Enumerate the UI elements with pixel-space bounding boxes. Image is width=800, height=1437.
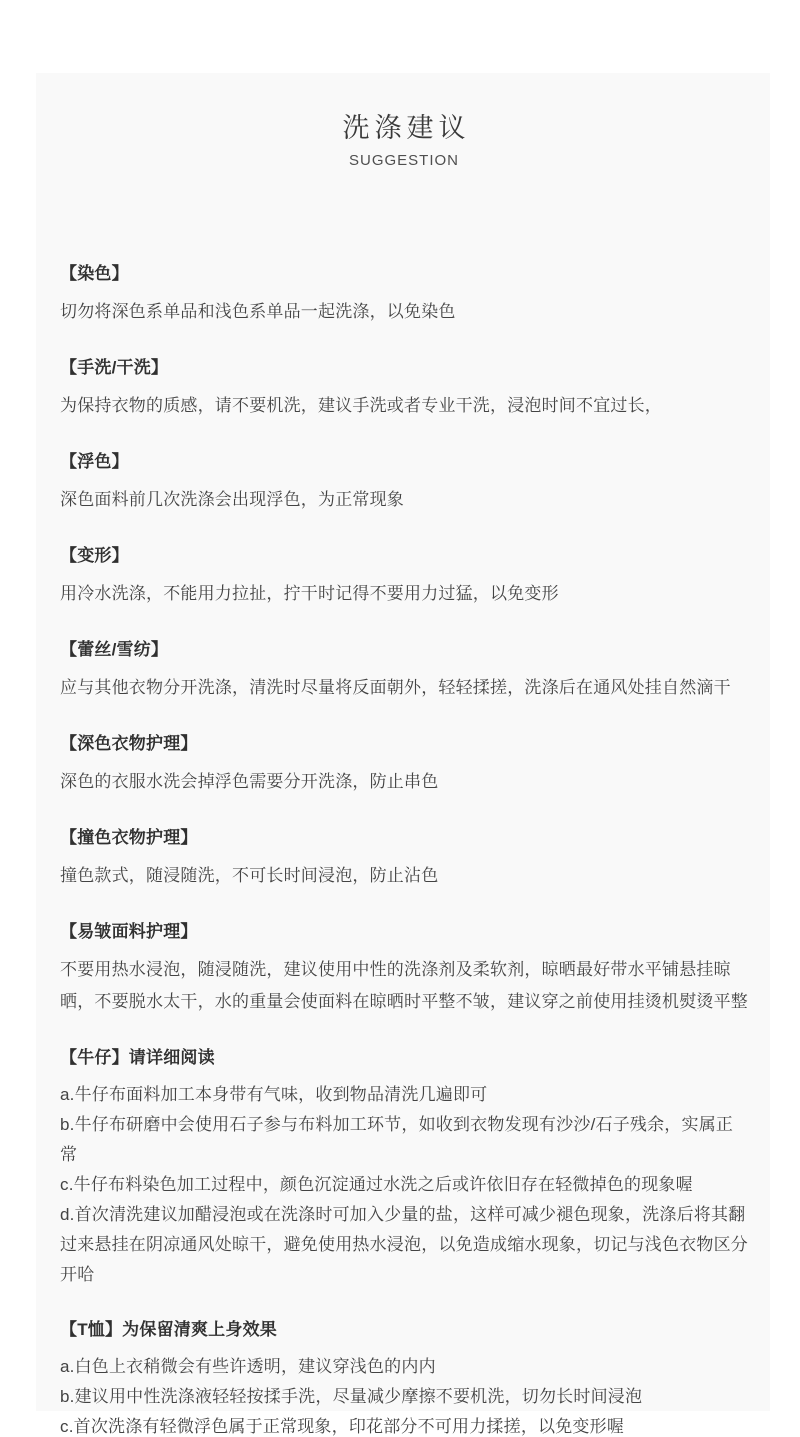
section-floating-color: 【浮色】 深色面料前几次洗涤会出现浮色，为正常现象 [60,450,748,516]
list-item: d.首次清洗建议加醋浸泡或在洗涤时可加入少量的盐，这样可减少褪色现象，洗涤后将其… [60,1200,748,1290]
list-item: a.牛仔布面料加工本身带有气味，收到物品清洗几遍即可 [60,1080,748,1110]
care-sections: 【染色】 切勿将深色系单品和浅色系单品一起洗涤，以免染色 【手洗/干洗】 为保持… [60,262,748,1437]
section-heading: 【深色衣物护理】 [60,732,748,756]
section-body: 深色面料前几次洗涤会出现浮色，为正常现象 [60,484,748,516]
list-item: a.白色上衣稍微会有些许透明，建议穿浅色的内内 [60,1352,748,1382]
section-denim: 【牛仔】请详细阅读 a.牛仔布面料加工本身带有气味，收到物品清洗几遍即可 b.牛… [60,1046,748,1290]
page-subtitle: SUGGESTION [60,151,748,171]
section-heading: 【易皱面料护理】 [60,920,748,944]
page: 洗涤建议 SUGGESTION 【染色】 切勿将深色系单品和浅色系单品一起洗涤，… [0,0,800,1437]
section-body: 不要用热水浸泡，随浸随洗，建议使用中性的洗涤剂及柔软剂，晾晒最好带水平铺悬挂晾晒… [60,954,748,1018]
section-hand-wash-dry-clean: 【手洗/干洗】 为保持衣物的质感，请不要机洗，建议手洗或者专业干洗，浸泡时间不宜… [60,356,748,422]
section-body: 撞色款式，随浸随洗，不可长时间浸泡，防止沾色 [60,860,748,892]
section-tshirt: 【T恤】为保留清爽上身效果 a.白色上衣稍微会有些许透明，建议穿浅色的内内 b.… [60,1318,748,1437]
section-heading: 【手洗/干洗】 [60,356,748,380]
section-dark-clothing-care: 【深色衣物护理】 深色的衣服水洗会掉浮色需要分开洗涤，防止串色 [60,732,748,798]
list-item: b.建议用中性洗涤液轻轻按揉手洗，尽量减少摩擦不要机洗，切勿长时间浸泡 [60,1382,748,1412]
section-heading: 【变形】 [60,544,748,568]
section-contrast-color-care: 【撞色衣物护理】 撞色款式，随浸随洗，不可长时间浸泡，防止沾色 [60,826,748,892]
page-title: 洗涤建议 [60,112,748,145]
section-heading: 【T恤】为保留清爽上身效果 [60,1318,748,1342]
section-body: 用冷水洗涤，不能用力拉扯，拧干时记得不要用力过猛，以免变形 [60,578,748,610]
section-body: 应与其他衣物分开洗涤，清洗时尽量将反面朝外，轻轻揉搓，洗涤后在通风处挂自然滴干 [60,672,748,704]
section-deformation: 【变形】 用冷水洗涤，不能用力拉扯，拧干时记得不要用力过猛，以免变形 [60,544,748,610]
section-lace-chiffon: 【蕾丝/雪纺】 应与其他衣物分开洗涤，清洗时尽量将反面朝外，轻轻揉搓，洗涤后在通… [60,638,748,704]
section-dyeing: 【染色】 切勿将深色系单品和浅色系单品一起洗涤，以免染色 [60,262,748,328]
section-wrinkle-prone-fabric-care: 【易皱面料护理】 不要用热水浸泡，随浸随洗，建议使用中性的洗涤剂及柔软剂，晾晒最… [60,920,748,1018]
section-body: 为保持衣物的质感，请不要机洗，建议手洗或者专业干洗，浸泡时间不宜过长， [60,390,748,422]
section-body: 深色的衣服水洗会掉浮色需要分开洗涤，防止串色 [60,766,748,798]
section-heading: 【撞色衣物护理】 [60,826,748,850]
list-item: c.首次洗涤有轻微浮色属于正常现象，印花部分不可用力揉搓，以免变形喔 [60,1412,748,1437]
section-heading: 【蕾丝/雪纺】 [60,638,748,662]
care-instructions-card: 洗涤建议 SUGGESTION 【染色】 切勿将深色系单品和浅色系单品一起洗涤，… [36,73,770,1411]
list-item: c.牛仔布料染色加工过程中，颜色沉淀通过水洗之后或许依旧存在轻微掉色的现象喔 [60,1170,748,1200]
list-item: b.牛仔布研磨中会使用石子参与布料加工环节，如收到衣物发现有沙沙/石子残余，实属… [60,1110,748,1170]
section-heading: 【染色】 [60,262,748,286]
section-body: 切勿将深色系单品和浅色系单品一起洗涤，以免染色 [60,296,748,328]
section-heading: 【浮色】 [60,450,748,474]
section-heading: 【牛仔】请详细阅读 [60,1046,748,1070]
